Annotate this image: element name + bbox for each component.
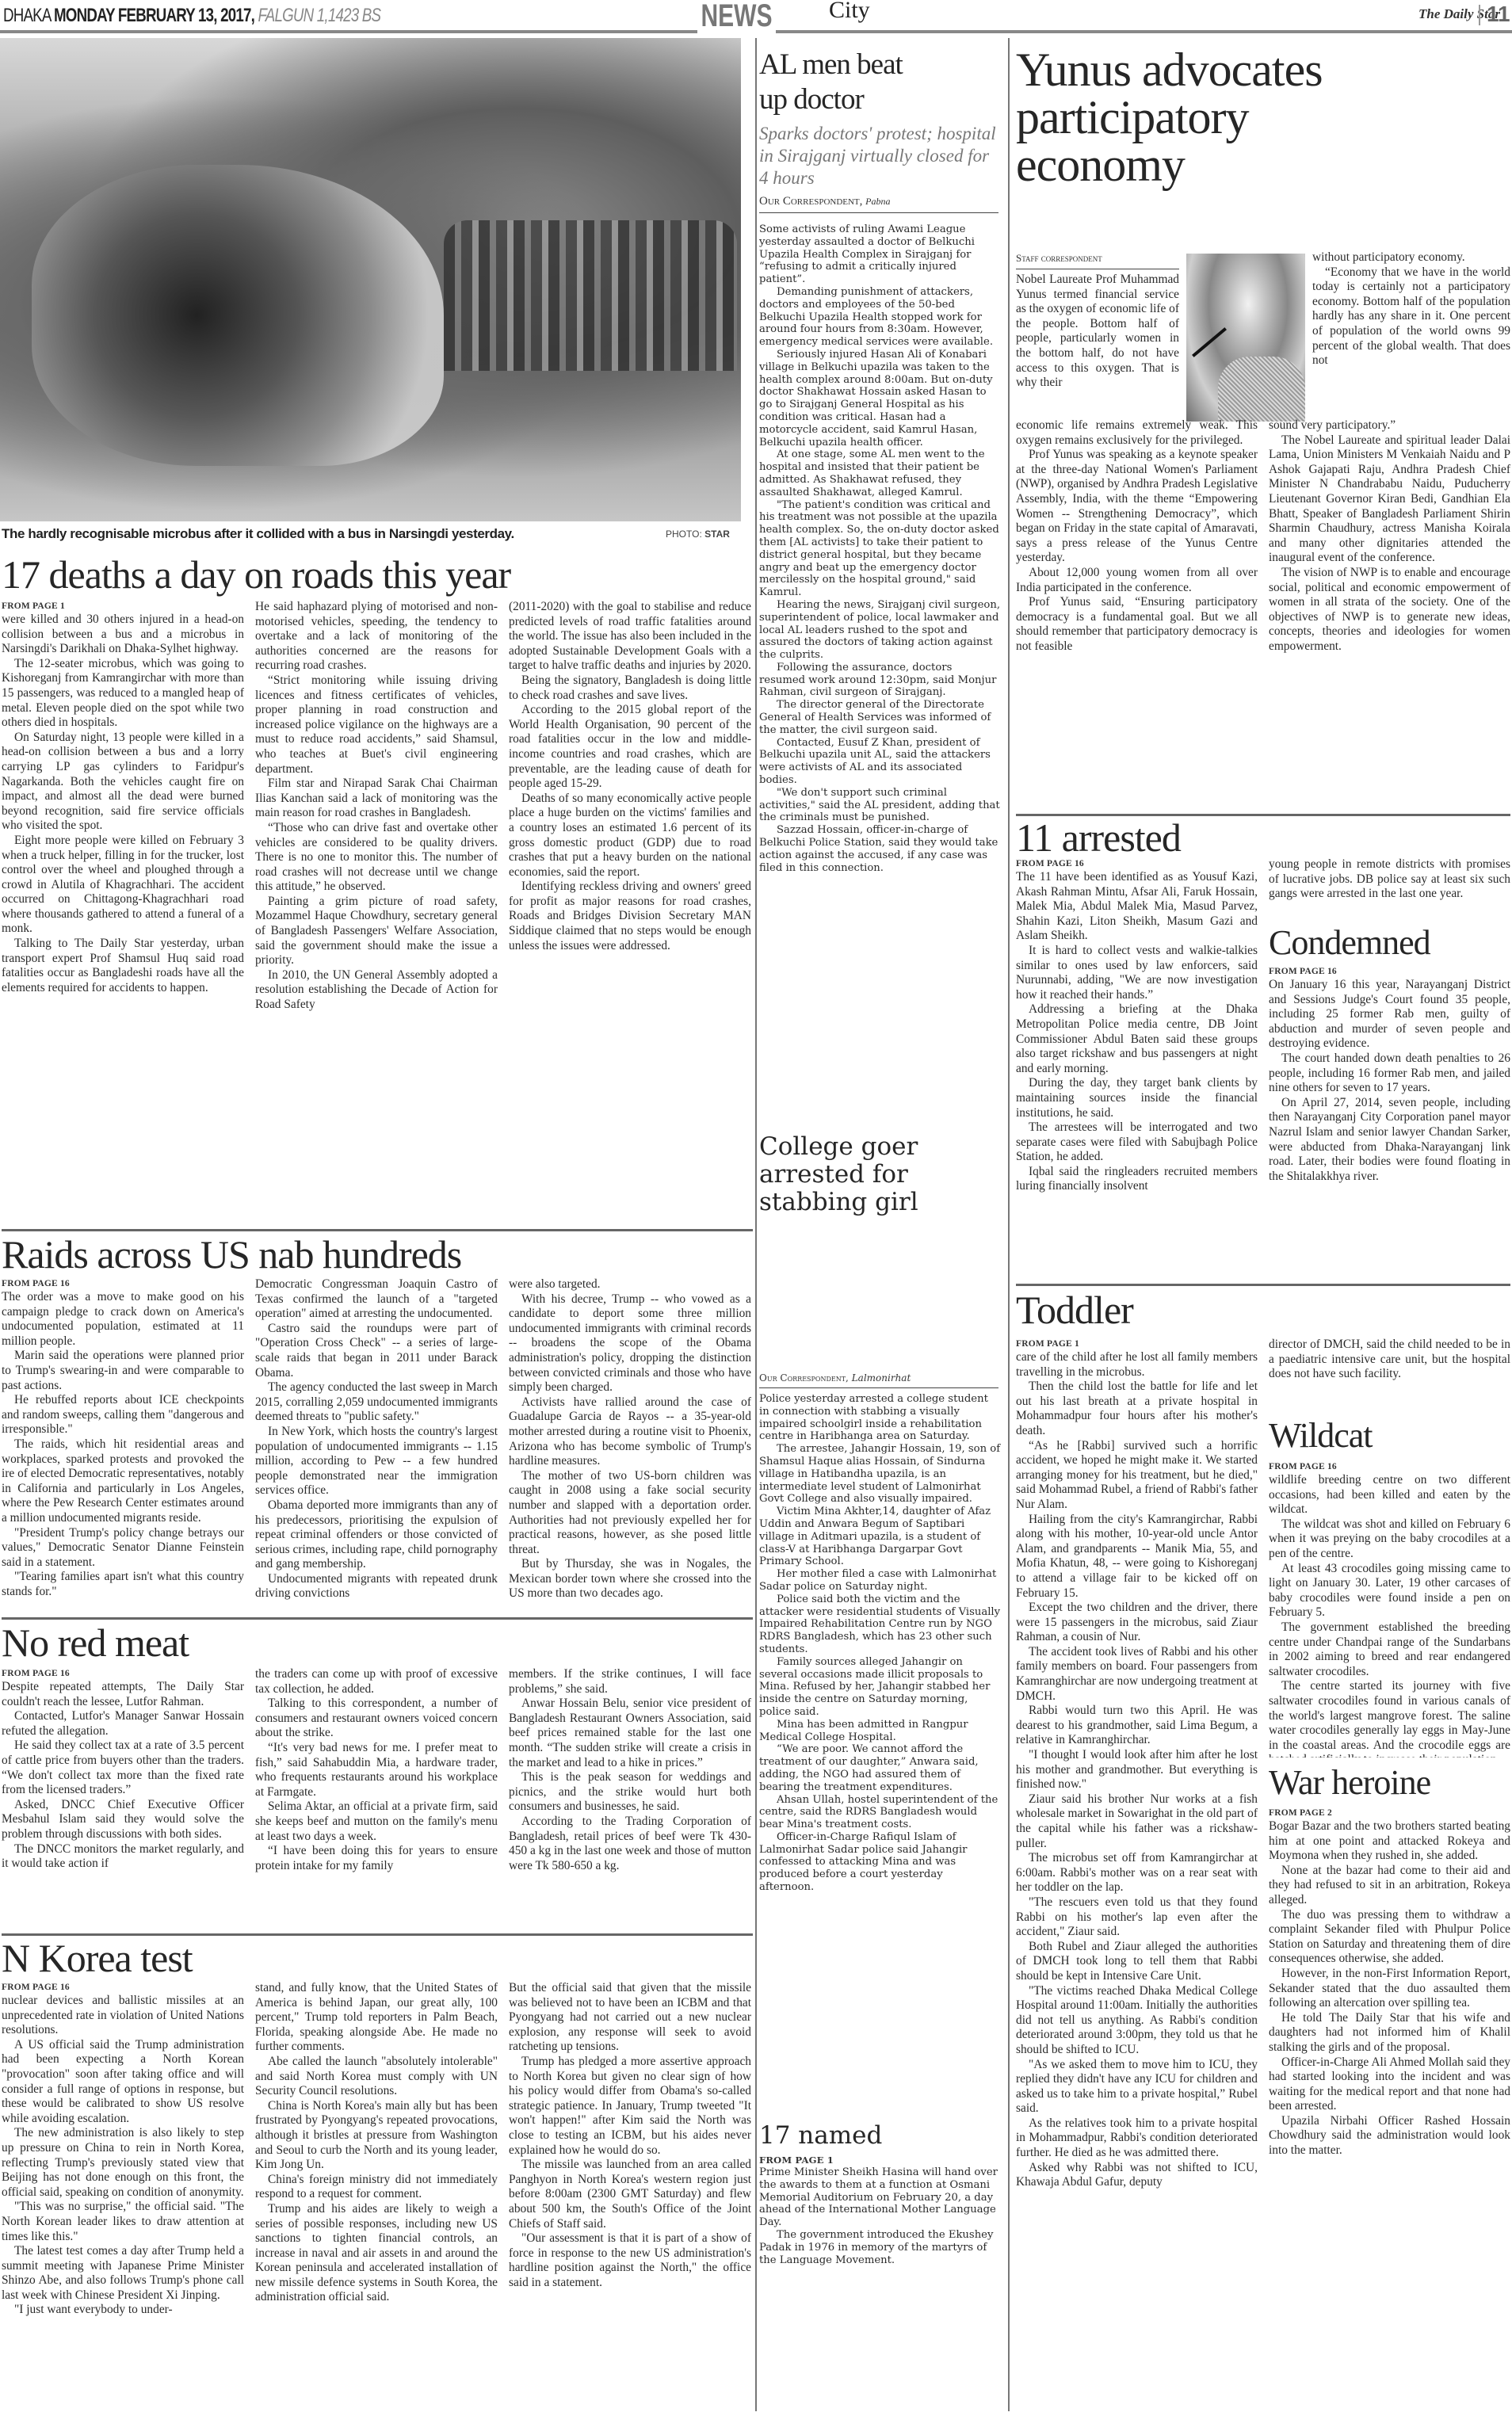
paragraph: Marin said the operations were planned p…: [2, 1349, 244, 1393]
headline-college-goer: College goer arrested for stabbing girl: [759, 1133, 918, 1216]
paragraph: Being the signatory, Bangladesh is doing…: [509, 674, 751, 703]
paragraph: The court handed down death penalties to…: [1269, 1052, 1510, 1096]
headline-war-heroine: War heroine: [1269, 1765, 1430, 1800]
paragraph: Obama deported more immigrants than any …: [255, 1498, 498, 1572]
article-war-heroine: FROM PAGE 2Bogar Bazar and the two broth…: [1269, 1807, 1510, 2414]
from-page-kicker: FROM PAGE 16: [1269, 965, 1510, 978]
yunus-portrait: [1186, 254, 1305, 422]
section-divider: [1016, 1284, 1510, 1286]
paragraph: The accident took lives of Rabbi and his…: [1016, 1645, 1258, 1704]
photo-caption: The hardly recognisable microbus after i…: [2, 526, 743, 542]
article-college-goer: Police yesterday arrested a college stud…: [759, 1393, 1001, 2118]
paragraph: The duo was pressing them to withdraw a …: [1269, 1908, 1510, 1967]
paragraph: Ziaur said his brother Nur works at a fi…: [1016, 1792, 1258, 1851]
from-page-kicker: FROM PAGE 16: [1016, 857, 1258, 870]
paragraph: Sazzad Hossain, officer-in-charge of Bel…: [759, 824, 1001, 874]
paragraph: Contacted, Lutfor's Manager Sanwar Hossa…: [2, 1709, 244, 1739]
article-nkorea: FROM PAGE 16nuclear devices and ballisti…: [2, 1981, 751, 2413]
article-road-deaths: FROM PAGE 1were killed and 30 others inj…: [2, 600, 751, 1226]
headline-yunus: Yunus advocates participatory economy: [1016, 46, 1323, 189]
paragraph: “Those who can drive fast and overtake o…: [255, 821, 498, 895]
byline-place: Pabna: [865, 196, 890, 207]
headline-toddler: Toddler: [1016, 1290, 1133, 1330]
article-column: FROM PAGE 16wildlife breeding centre on …: [1269, 1460, 1510, 1758]
microphone-icon: [1192, 327, 1227, 357]
paragraph: Anwar Hossain Belu, senior vice presiden…: [509, 1697, 751, 1770]
paragraph: wildlife breeding centre on two differen…: [1269, 1473, 1510, 1517]
article-column: sound very participatory.”The Nobel Laur…: [1269, 418, 1510, 811]
paragraph: Contacted, Eusuf Z Khan, president of Be…: [759, 737, 1001, 787]
paragraph: members. If the strike continues, I will…: [509, 1667, 751, 1697]
paragraph: The order was a move to make good on his…: [2, 1290, 244, 1349]
paragraph: “As he [Rabbi] survived such a horrific …: [1016, 1439, 1258, 1513]
paragraph: He said they collect tax at a rate of 3.…: [2, 1739, 244, 1797]
paragraph: Abe called the launch "absolutely intole…: [255, 2055, 498, 2099]
paragraph: The vision of NWP is to enable and encou…: [1269, 566, 1510, 655]
paragraph: "I thought I would look after him after …: [1016, 1748, 1258, 1792]
paragraph: He rebuffed reports about ICE checkpoint…: [2, 1393, 244, 1437]
article-column: FROM PAGE 16nuclear devices and ballisti…: [2, 1981, 244, 2413]
paragraph: Seriously injured Hasan Ali of Konabari …: [759, 349, 1001, 448]
paragraph: About 12,000 young women from all over I…: [1016, 566, 1258, 595]
paragraph: “We are poor. We cannot afford the treat…: [759, 1743, 1001, 1793]
article-al-doctor: Some activists of ruling Awami League ye…: [759, 223, 1001, 1285]
paragraph: Officer-in-Charge Rafiqul Islam of Lalmo…: [759, 1831, 1001, 1894]
section-divider: [2, 1229, 753, 1231]
article-column: the traders can come up with proof of ex…: [255, 1667, 498, 1930]
paragraph: “Economy that we have in the world today…: [1312, 265, 1510, 368]
paragraph: "The victims reached Dhaka Medical Colle…: [1016, 1984, 1258, 2058]
article-condemned: FROM PAGE 16On January 16 this year, Nar…: [1269, 965, 1510, 1282]
paragraph: "As we asked them to move him to ICU, th…: [1016, 2058, 1258, 2116]
paragraph: sound very participatory.”: [1269, 418, 1510, 433]
article-column: Nobel Laureate Prof Muhammad Yunus terme…: [1016, 273, 1179, 419]
article-yunus: economic life remains extremely weak. Th…: [1016, 418, 1510, 811]
headline-condemned: Condemned: [1269, 926, 1430, 960]
photo-credit: PHOTO: STAR: [666, 529, 730, 540]
article-seventeen-named: FROM PAGE 1Prime Minister Sheikh Hasina …: [759, 2154, 1001, 2415]
byline-yunus: Staff correspondent: [1016, 252, 1179, 269]
paragraph: “I have been doing this for years to ens…: [255, 1844, 498, 1873]
paragraph: Then the child lost the battle for life …: [1016, 1380, 1258, 1438]
paragraph: Her mother filed a case with Lalmonirhat…: [759, 1568, 1001, 1593]
headline-al-doctor: AL men beat up doctor: [759, 48, 903, 117]
paragraph: director of DMCH, said the child needed …: [1269, 1338, 1510, 1382]
paragraph: The latest test comes a day after Trump …: [2, 2244, 244, 2303]
paragraph: The arrestees will be interrogated and t…: [1016, 1120, 1258, 1165]
article-column: FROM PAGE 2Bogar Bazar and the two broth…: [1269, 1807, 1510, 2414]
dateline-date: MONDAY FEBRUARY 13, 2017,: [54, 5, 254, 26]
paragraph: "We don't support such criminal activiti…: [759, 787, 1001, 824]
paragraph: Democratic Congressman Joaquin Castro of…: [255, 1277, 498, 1322]
paragraph: China's foreign ministry did not immedia…: [255, 2173, 498, 2202]
paragraph: But by Thursday, she was in Nogales, the…: [509, 1557, 751, 1601]
paragraph: "Tearing families apart isn't what this …: [2, 1570, 244, 1599]
headline-line: participatory: [1016, 94, 1323, 141]
paragraph: With his decree, Trump -- who vowed as a…: [509, 1292, 751, 1395]
headline-line: AL men beat: [759, 48, 903, 82]
headline-wildcat: Wildcat: [1269, 1418, 1373, 1453]
paragraph: "Our assessment is that it is part of a …: [509, 2231, 751, 2290]
headline-line: up doctor: [759, 82, 903, 117]
dateline-bangla-date: FALGUN 1,1423 BS: [258, 5, 381, 26]
from-page-kicker: FROM PAGE 1: [2, 600, 244, 613]
headline-line: stabbing girl: [759, 1189, 918, 1216]
article-column: economic life remains extremely weak. Th…: [1016, 418, 1258, 811]
paragraph: This is the peak season for weddings and…: [509, 1770, 751, 1815]
headline-road-deaths: 17 deaths a day on roads this year: [2, 555, 510, 594]
paragraph: On Saturday night, 13 people were killed…: [2, 731, 244, 834]
paragraph: Family sources alleged Jahangir on sever…: [759, 1656, 1001, 1719]
byline-author: Our Correspondent,: [759, 1372, 849, 1384]
headline-line: arrested for: [759, 1161, 918, 1189]
accident-photo: [0, 38, 741, 521]
paragraph: As the relatives took him to a private h…: [1016, 2116, 1258, 2161]
paragraph: Deaths of so many economically active pe…: [509, 792, 751, 880]
paragraph: Selima Aktar, an official at a private f…: [255, 1800, 498, 1844]
headline-line: College goer: [759, 1133, 918, 1161]
from-page-kicker: FROM PAGE 16: [2, 1667, 244, 1680]
article-column: FROM PAGE 16Despite repeated attempts, T…: [2, 1667, 244, 1930]
paragraph: At one stage, some AL men went to the ho…: [759, 448, 1001, 498]
paragraph: were also targeted.: [509, 1277, 751, 1292]
paragraph: The wildcat was shot and killed on Febru…: [1269, 1517, 1510, 1562]
paragraph: The missile was launched from an area ca…: [509, 2158, 751, 2231]
paragraph: Hearing the news, Sirajganj civil surgeo…: [759, 599, 1001, 662]
article-column: director of DMCH, said the child needed …: [1269, 1338, 1510, 1401]
paragraph: Officer-in-Charge Ali Ahmed Mollah said …: [1269, 2055, 1510, 2114]
paragraph: He said haphazard plying of motorised an…: [255, 600, 498, 674]
article-column: FROM PAGE 1Prime Minister Sheikh Hasina …: [759, 2154, 1001, 2415]
paragraph: At least 43 crocodiles going missing cam…: [1269, 1562, 1510, 1620]
article-yunus-intro: Nobel Laureate Prof Muhammad Yunus terme…: [1016, 273, 1179, 419]
dateline: DHAKA MONDAY FEBRUARY 13, 2017, FALGUN 1…: [3, 5, 380, 27]
paragraph: "President Trump's policy change betrays…: [2, 1526, 244, 1571]
byline-al-doctor: Our Correspondent, Pabna: [759, 195, 998, 213]
paragraph: Undocumented migrants with repeated drun…: [255, 1572, 498, 1601]
from-page-kicker: FROM PAGE 16: [2, 1277, 244, 1290]
article-red-meat: FROM PAGE 16Despite repeated attempts, T…: [2, 1667, 751, 1930]
article-eleven-arrested: FROM PAGE 16The 11 have been identified …: [1016, 857, 1258, 1282]
from-page-kicker: FROM PAGE 1: [759, 2154, 1001, 2166]
paragraph: Talking to The Daily Star yesterday, urb…: [2, 937, 244, 995]
article-column: FROM PAGE 16The 11 have been identified …: [1016, 857, 1258, 1282]
paragraph: "This was no surprise," the official sai…: [2, 2200, 244, 2244]
article-column: members. If the strike continues, I will…: [509, 1667, 751, 1930]
paragraph: The microbus set off from Kamrangirchar …: [1016, 1851, 1258, 1895]
paragraph: But the official said that given that th…: [509, 1981, 751, 2055]
byline-college-goer: Our Correspondent, Lalmonirhat: [759, 1372, 998, 1388]
headline-us-raids: Raids across US nab hundreds: [2, 1235, 461, 1274]
article-column: stand, and fully know, that the United S…: [255, 1981, 498, 2413]
paragraph: “It's very bad news for me. I prefer mea…: [255, 1741, 498, 1800]
article-column: FROM PAGE 1were killed and 30 others inj…: [2, 600, 244, 1226]
portrait-shirt: [1218, 357, 1305, 422]
paragraph: Victim Mina Akhter,14, daughter of Afaz …: [759, 1506, 1001, 1568]
paragraph: care of the child after he lost all fami…: [1016, 1350, 1258, 1380]
column-divider-left: [755, 38, 757, 2411]
paragraph: Police yesterday arrested a college stud…: [759, 1393, 1001, 1443]
article-column: Democratic Congressman Joaquin Castro of…: [255, 1277, 498, 1614]
masthead: DHAKA MONDAY FEBRUARY 13, 2017, FALGUN 1…: [0, 0, 1512, 35]
paragraph: According to the Trading Corporation of …: [509, 1815, 751, 1873]
paragraph: A US official said the Trump administrat…: [2, 2038, 244, 2127]
article-column: young people in remote districts with pr…: [1269, 857, 1510, 921]
paragraph: Asked, DNCC Chief Executive Officer Mesb…: [2, 1798, 244, 1842]
onlookers-crowd: [444, 220, 737, 371]
paragraph: On January 16 this year, Narayanganj Dis…: [1269, 978, 1510, 1052]
from-page-kicker: FROM PAGE 16: [2, 1981, 244, 1994]
paragraph: Despite repeated attempts, The Daily Sta…: [2, 1680, 244, 1709]
paragraph: without participatory economy.: [1312, 250, 1510, 265]
article-column: FROM PAGE 1care of the child after he lo…: [1016, 1338, 1258, 2414]
paragraph: The new administration is also likely to…: [2, 2126, 244, 2200]
article-column: (2011-2020) with the goal to stabilise a…: [509, 600, 751, 1226]
headline-red-meat: No red meat: [2, 1623, 189, 1662]
subsection-label: City: [829, 0, 870, 24]
article-column: Police yesterday arrested a college stud…: [759, 1393, 1001, 2118]
paragraph: Iqbal said the ringleaders recruited mem…: [1016, 1165, 1258, 1194]
paragraph: The government established the breeding …: [1269, 1620, 1510, 1679]
paragraph: Upazila Nirbahi Officer Rashed Hossain C…: [1269, 2114, 1510, 2158]
paragraph: "I just want everybody to under-: [2, 2303, 244, 2318]
paragraph: According to the 2015 global report of t…: [509, 703, 751, 792]
paragraph: (2011-2020) with the goal to stabilise a…: [509, 600, 751, 674]
article-toddler: FROM PAGE 1care of the child after he lo…: [1016, 1338, 1258, 2414]
paragraph: None at the bazar had come to their aid …: [1269, 1864, 1510, 1908]
paragraph: "The patient's condition was critical an…: [759, 499, 1001, 599]
paragraph: Mina has been admitted in Rangpur Medica…: [759, 1719, 1001, 1744]
paragraph: nuclear devices and ballistic missiles a…: [2, 1994, 244, 2038]
paragraph: The Nobel Laureate and spiritual leader …: [1269, 433, 1510, 566]
article-toddler-continued: director of DMCH, said the child needed …: [1269, 1338, 1510, 1401]
paragraph: Demanding punishment of attackers, docto…: [759, 286, 1001, 349]
photo-credit-source: STAR: [704, 529, 730, 540]
paragraph: It is hard to collect vests and walkie-t…: [1016, 944, 1258, 1002]
from-page-kicker: FROM PAGE 2: [1269, 1807, 1510, 1819]
paragraph: China is North Korea's main ally but has…: [255, 2099, 498, 2173]
paragraph: Eight more people were killed on Februar…: [2, 834, 244, 937]
article-column: FROM PAGE 16The order was a move to make…: [2, 1277, 244, 1614]
paragraph: were killed and 30 others injured in a h…: [2, 613, 244, 657]
paragraph: Trump has pledged a more assertive appro…: [509, 2055, 751, 2158]
paragraph: The arrestee, Jahangir Hossain, 19, son …: [759, 1443, 1001, 1506]
headline-line: economy: [1016, 141, 1323, 189]
paragraph: young people in remote districts with pr…: [1269, 857, 1510, 902]
byline-author: Our Correspondent,: [759, 195, 862, 208]
paragraph: economic life remains extremely weak. Th…: [1016, 418, 1258, 448]
paragraph: During the day, they target bank clients…: [1016, 1076, 1258, 1120]
paragraph: Rabbi would turn two this April. He was …: [1016, 1704, 1258, 1748]
article-us-raids: FROM PAGE 16The order was a move to make…: [2, 1277, 751, 1614]
section-label: NEWS: [697, 0, 776, 34]
paragraph: In 2010, the UN General Assembly adopted…: [255, 968, 498, 1013]
paragraph: The mother of two US-born children was c…: [509, 1469, 751, 1558]
paragraph: Police said both the victim and the atta…: [759, 1593, 1001, 1656]
from-page-kicker: FROM PAGE 1: [1016, 1338, 1258, 1350]
paragraph: Talking to this correspondent, a number …: [255, 1697, 498, 1741]
article-column: Some activists of ruling Awami League ye…: [759, 223, 1001, 1285]
article-column: He said haphazard plying of motorised an…: [255, 600, 498, 1226]
paragraph: Some activists of ruling Awami League ye…: [759, 223, 1001, 286]
paragraph: Bogar Bazar and the two brothers started…: [1269, 1819, 1510, 1864]
headline-eleven-arrested: 11 arrested: [1016, 818, 1181, 857]
article-column: FROM PAGE 16On January 16 this year, Nar…: [1269, 965, 1510, 1282]
article-column: were also targeted.With his decree, Trum…: [509, 1277, 751, 1614]
paragraph: Castro said the roundups were part of "O…: [255, 1322, 498, 1380]
paragraph: Both Rubel and Ziaur alleged the authori…: [1016, 1940, 1258, 1984]
paragraph: Ahsan Ullah, hostel superintendent of th…: [759, 1794, 1001, 1831]
paragraph: On April 27, 2014, seven people, includi…: [1269, 1096, 1510, 1185]
paragraph: stand, and fully know, that the United S…: [255, 1981, 498, 2055]
paragraph: Asked why Rabbi was not shifted to ICU, …: [1016, 2161, 1258, 2190]
section-divider: [2, 1617, 753, 1620]
wrecked-microbus: [32, 165, 444, 466]
headline-nkorea: N Korea test: [2, 1938, 193, 1978]
article-column: But the official said that given that th…: [509, 1981, 751, 2413]
from-page-kicker: FROM PAGE 16: [1269, 1460, 1510, 1473]
paragraph: Prof Yunus said, “Ensuring participatory…: [1016, 595, 1258, 654]
paragraph: The 12-seater microbus, which was going …: [2, 657, 244, 731]
page-number: 11: [1487, 2, 1510, 27]
article-wildcat: FROM PAGE 16wildlife breeding centre on …: [1269, 1460, 1510, 1758]
paragraph: Painting a grim picture of road safety, …: [255, 895, 498, 968]
paragraph: the traders can come up with proof of ex…: [255, 1667, 498, 1697]
byline-place: Lalmonirhat: [852, 1372, 911, 1384]
paragraph: Prime Minister Sheikh Hasina will hand o…: [759, 2166, 1001, 2229]
paragraph: The director general of the Directorate …: [759, 699, 1001, 736]
deck-al-doctor: Sparks doctors' protest; hospital in Sir…: [759, 123, 997, 189]
article-yunus-side: without participatory economy.“Economy t…: [1312, 250, 1510, 414]
paragraph: Identifying reckless driving and owners'…: [509, 880, 751, 953]
paragraph: The 11 have been identified as as Yousuf…: [1016, 870, 1258, 944]
paragraph: Activists have rallied around the case o…: [509, 1395, 751, 1469]
paragraph: “Strict monitoring while issuing driving…: [255, 674, 498, 777]
paragraph: Following the assurance, doctors resumed…: [759, 662, 1001, 699]
paragraph: Prof Yunus was speaking as a keynote spe…: [1016, 448, 1258, 566]
paragraph: The agency conducted the last sweep in M…: [255, 1380, 498, 1425]
paragraph: Except the two children and the driver, …: [1016, 1601, 1258, 1645]
paragraph: Nobel Laureate Prof Muhammad Yunus terme…: [1016, 273, 1179, 391]
paragraph: Trump and his aides are likely to weigh …: [255, 2202, 498, 2305]
paragraph: The DNCC monitors the market regularly, …: [2, 1842, 244, 1872]
paragraph: Hailing from the city's Kamrangirchar, R…: [1016, 1513, 1258, 1601]
column-divider-right: [1008, 38, 1010, 2411]
paragraph: He told The Daily Star that his wife and…: [1269, 2011, 1510, 2055]
headline-line: Yunus advocates: [1016, 46, 1323, 94]
paragraph: In New York, which hosts the country's l…: [255, 1425, 498, 1498]
paragraph: Film star and Nirapad Sarak Chai Chairma…: [255, 777, 498, 821]
paragraph: The raids, which hit residential areas a…: [2, 1437, 244, 1526]
paragraph: The centre started its journey with five…: [1269, 1679, 1510, 1758]
article-eleven-arrested-continued: young people in remote districts with pr…: [1269, 857, 1510, 921]
paragraph: Addressing a briefing at the Dhaka Metro…: [1016, 1002, 1258, 1076]
paragraph: However, in the non-First Information Re…: [1269, 1967, 1510, 2011]
article-column: without participatory economy.“Economy t…: [1312, 250, 1510, 414]
paragraph: The government introduced the Ekushey Pa…: [759, 2229, 1001, 2266]
dateline-city: DHAKA: [3, 5, 51, 26]
paragraph: "The rescuers even told us that they fou…: [1016, 1895, 1258, 1940]
logo-divider: [1479, 5, 1480, 25]
photo-credit-label: PHOTO:: [666, 529, 702, 540]
headline-seventeen-named: 17 named: [759, 2124, 882, 2148]
